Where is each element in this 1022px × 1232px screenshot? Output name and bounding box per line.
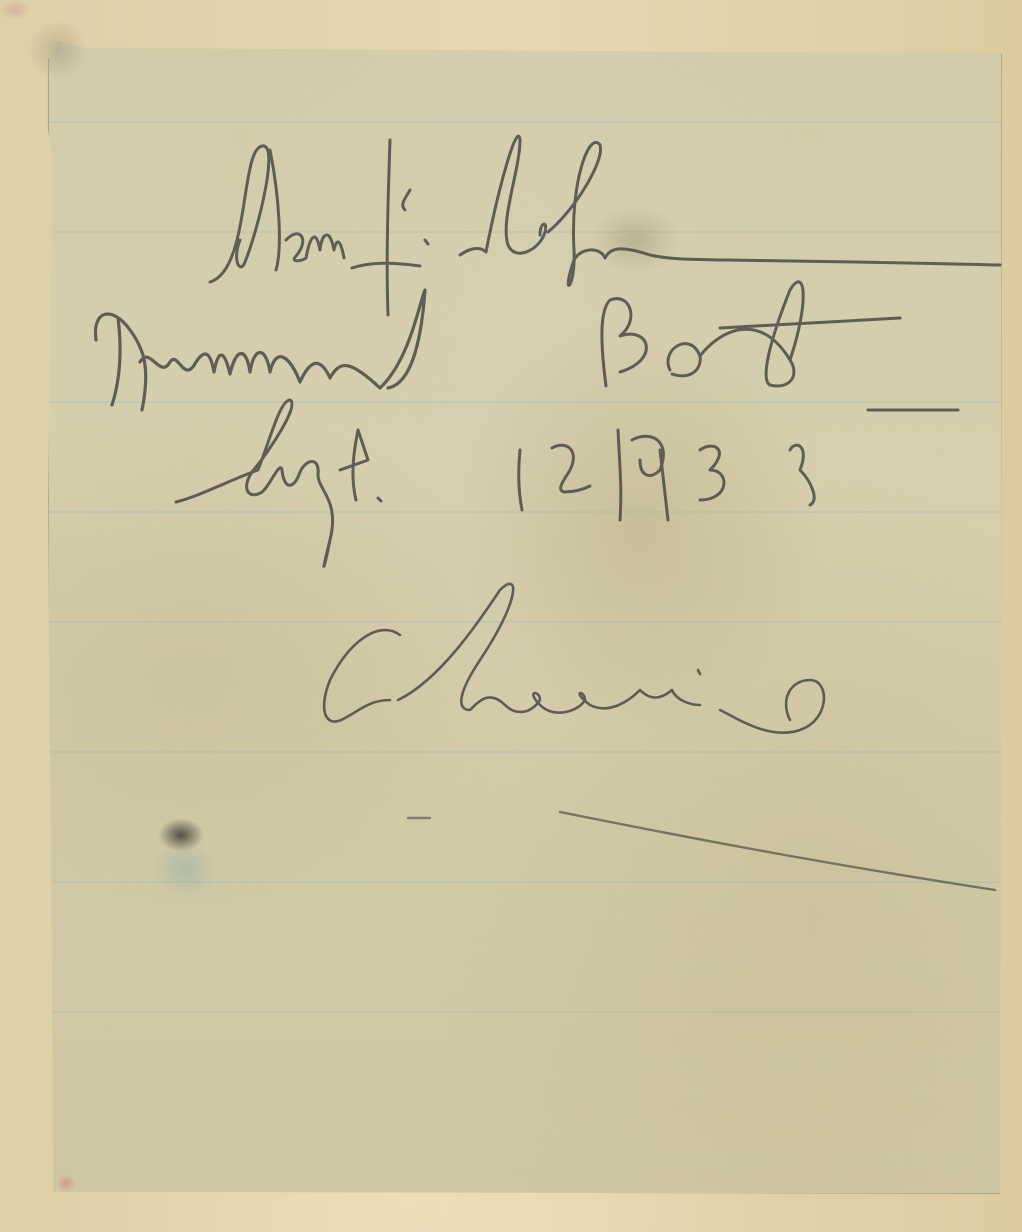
pencil-handwriting: [0, 0, 1022, 1232]
